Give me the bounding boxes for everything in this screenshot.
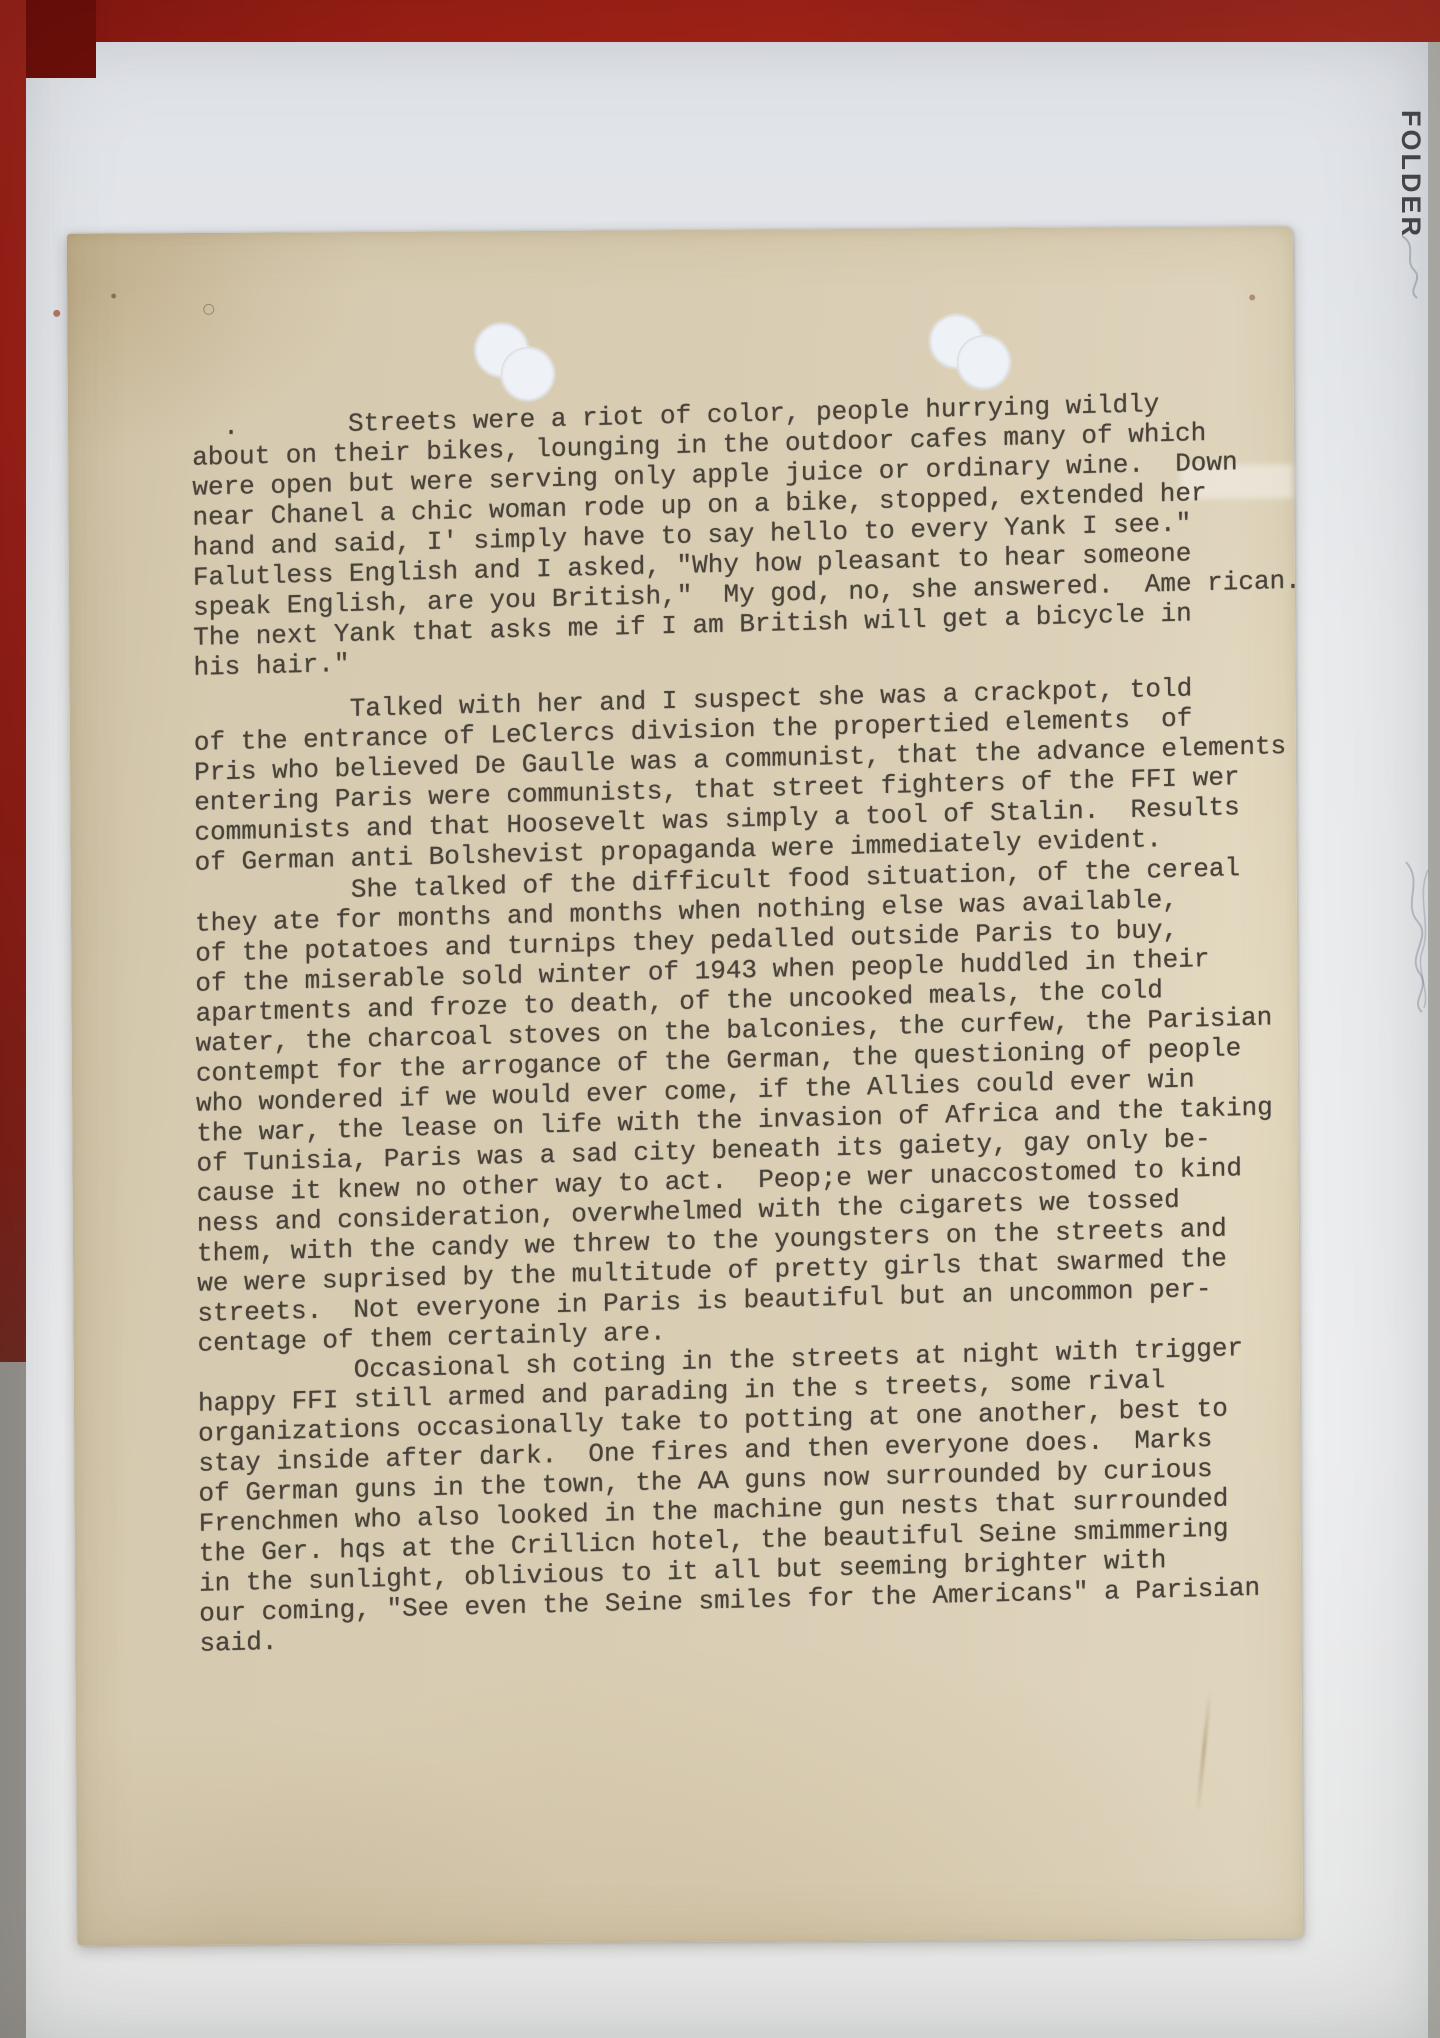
folder-tab-label: FOLDER <box>1397 110 1424 239</box>
paragraph: Talked with her and I suspect she was a … <box>194 671 1287 878</box>
handwriting-mark <box>1398 856 1436 1016</box>
red-border-left <box>0 0 26 1362</box>
red-border-top <box>0 0 1440 42</box>
handwriting-mark <box>1396 232 1426 302</box>
scanner-background-strip <box>1428 42 1440 2038</box>
document-page: . Streets were a riot of color, people h… <box>67 226 1303 1945</box>
paragraph: Occasional sh coting in the streets at n… <box>198 1333 1261 1659</box>
scanner-background-strip <box>0 1362 26 2038</box>
paper-speck <box>53 310 60 317</box>
scanned-document-photo: FOLDER . Streets were a riot of color, p… <box>0 0 1440 2038</box>
paragraph: . Streets were a riot of color, people h… <box>192 386 1301 683</box>
paragraph: She talked of the difficult food situati… <box>195 852 1274 1358</box>
typed-text: . Streets were a riot of color, people h… <box>67 204 1303 1946</box>
